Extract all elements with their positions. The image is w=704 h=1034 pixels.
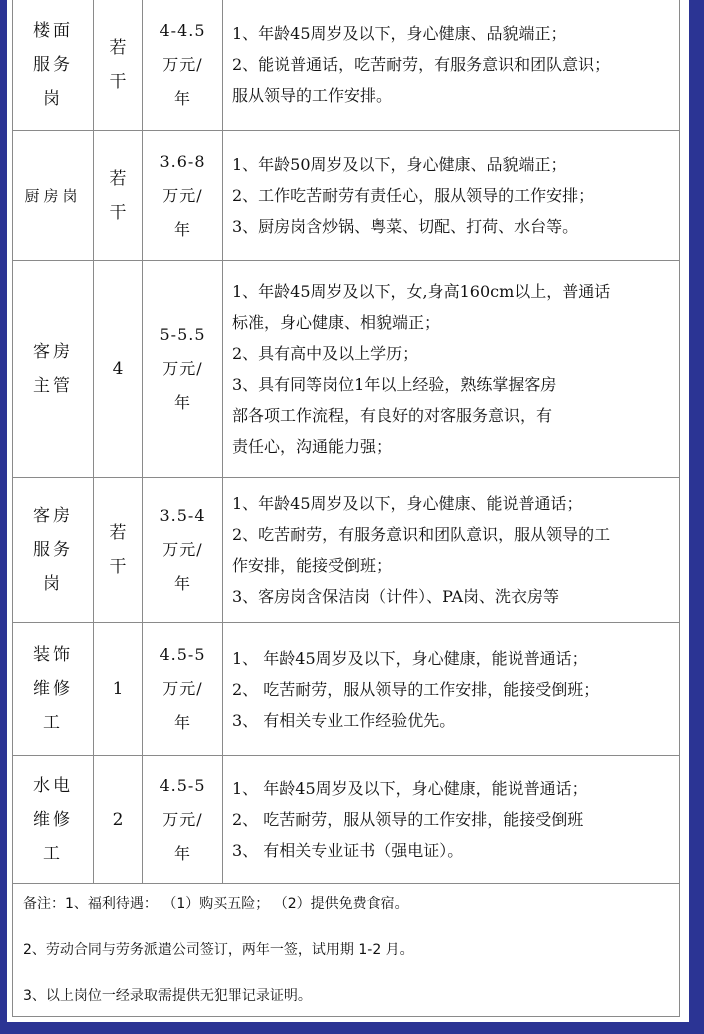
note-line: 2、劳动合同与劳务派遣公司签订，两年一签，试用期 1-2 月。 [23, 940, 679, 986]
requirement-line: 服从领导的工作安排。 [232, 80, 679, 111]
notes-row: 备注：1、福利待遇： （1）购买五险； （2）提供免费食宿。 2、劳动合同与劳务… [13, 884, 680, 1017]
position-text: 客房 [13, 335, 93, 369]
count-text: 若 [94, 516, 142, 550]
requirement-line: 1、年龄45周岁及以下，身心健康、能说普通话； [232, 488, 679, 519]
table-row: 装饰 维修 工 1 4.5-5 万元/ 年 [13, 623, 680, 756]
table-row: 楼面 服务 岗 若 干 4-4.5 万元/ 年 [13, 0, 680, 131]
salary-cell: 3.6-8 万元/ 年 [143, 131, 223, 261]
salary-text: 年 [143, 567, 222, 601]
count-cell: 4 [94, 261, 143, 478]
requirement-line: 1、年龄50周岁及以下，身心健康、品貌端正； [232, 149, 679, 180]
salary-text: 年 [143, 386, 222, 420]
salary-cell: 5-5.5 万元/ 年 [143, 261, 223, 478]
note-line: 3、以上岗位一经录取需提供无犯罪记录证明。 [23, 986, 679, 1016]
position-cell: 装饰 维修 工 [13, 623, 94, 756]
count-text: 若 [94, 31, 142, 65]
position-text: 工 [13, 706, 93, 740]
position-text: 维修 [13, 803, 93, 837]
requirement-line: 2、能说普通话，吃苦耐劳，有服务意识和团队意识； [232, 49, 679, 80]
position-text: 服务 [13, 48, 93, 82]
salary-cell: 4.5-5 万元/ 年 [143, 756, 223, 884]
position-text: 岗 [13, 82, 93, 116]
salary-text: 4-4.5 [143, 14, 222, 48]
requirement-line: 责任心，沟通能力强； [232, 431, 679, 462]
position-text: 装饰 [13, 638, 93, 672]
salary-text: 年 [143, 837, 222, 871]
salary-text: 万元/ [143, 803, 222, 837]
count-cell: 若 干 [94, 131, 143, 261]
table-row: 客房 主管 4 5-5.5 万元/ 年 1 [13, 261, 680, 478]
position-text: 主管 [13, 369, 93, 403]
requirement-line: 2、工作吃苦耐劳有责任心，服从领导的工作安排； [232, 180, 679, 211]
requirement-line: 3、厨房岗含炒锅、粤菜、切配、打荷、水台等。 [232, 211, 679, 242]
requirements-cell: 1、 年龄45周岁及以下，身心健康，能说普通话； 2、 吃苦耐劳，服从领导的工作… [223, 623, 680, 756]
note-line: 备注：1、福利待遇： （1）购买五险； （2）提供免费食宿。 [23, 894, 679, 940]
count-text: 干 [94, 550, 142, 584]
salary-cell: 3.5-4 万元/ 年 [143, 478, 223, 623]
position-cell: 客房 服务 岗 [13, 478, 94, 623]
salary-text: 4.5-5 [143, 769, 222, 803]
position-cell: 客房 主管 [13, 261, 94, 478]
salary-text: 万元/ [143, 179, 222, 213]
salary-text: 3.5-4 [143, 499, 222, 533]
position-text: 客房 [13, 499, 93, 533]
requirement-line: 3、 有相关专业工作经验优先。 [232, 705, 679, 736]
document-page: 楼面 服务 岗 若 干 4-4.5 万元/ 年 [7, 0, 689, 1022]
count-text: 若 [94, 162, 142, 196]
requirement-line: 1、 年龄45周岁及以下，身心健康，能说普通话； [232, 643, 679, 674]
table-row: 水电 维修 工 2 4.5-5 万元/ 年 [13, 756, 680, 884]
table-row: 客房 服务 岗 若 干 3.5-4 万元/ 年 [13, 478, 680, 623]
position-text: 维修 [13, 672, 93, 706]
position-text: 服务 [13, 533, 93, 567]
count-text: 1 [94, 672, 142, 706]
requirement-line: 1、 年龄45周岁及以下，身心健康，能说普通话； [232, 773, 679, 804]
salary-text: 万元/ [143, 352, 222, 386]
salary-cell: 4.5-5 万元/ 年 [143, 623, 223, 756]
count-cell: 1 [94, 623, 143, 756]
requirement-line: 3、客房岗含保洁岗（计件）、PA岗、洗衣房等 [232, 581, 679, 612]
salary-text: 万元/ [143, 533, 222, 567]
salary-cell: 4-4.5 万元/ 年 [143, 0, 223, 131]
salary-text: 3.6-8 [143, 145, 222, 179]
requirement-line: 1、年龄45周岁及以下，身心健康、品貌端正； [232, 18, 679, 49]
count-text: 4 [94, 352, 142, 386]
position-cell: 楼面 服务 岗 [13, 0, 94, 131]
notes-cell: 备注：1、福利待遇： （1）购买五险； （2）提供免费食宿。 2、劳动合同与劳务… [13, 884, 680, 1017]
requirements-cell: 1、年龄45周岁及以下，女,身高160cm以上，普通话 标准，身心健康、相貌端正… [223, 261, 680, 478]
position-text: 岗 [13, 567, 93, 601]
job-table: 楼面 服务 岗 若 干 4-4.5 万元/ 年 [12, 0, 680, 1017]
position-text: 楼面 [13, 14, 93, 48]
salary-text: 4.5-5 [143, 638, 222, 672]
count-text: 2 [94, 803, 142, 837]
requirement-line: 3、具有同等岗位1年以上经验，熟练掌握客房 [232, 369, 679, 400]
salary-text: 万元/ [143, 48, 222, 82]
requirement-line: 3、 有相关专业证书（强电证）。 [232, 835, 679, 866]
salary-text: 年 [143, 82, 222, 116]
requirement-line: 2、具有高中及以上学历； [232, 338, 679, 369]
salary-text: 年 [143, 706, 222, 740]
requirement-line: 2、 吃苦耐劳，服从领导的工作安排，能接受倒班； [232, 674, 679, 705]
requirements-cell: 1、年龄45周岁及以下，身心健康、品貌端正； 2、能说普通话，吃苦耐劳，有服务意… [223, 0, 680, 131]
position-text: 工 [13, 837, 93, 871]
salary-text: 年 [143, 213, 222, 247]
requirements-cell: 1、年龄50周岁及以下，身心健康、品貌端正； 2、工作吃苦耐劳有责任心，服从领导… [223, 131, 680, 261]
requirement-line: 2、吃苦耐劳，有服务意识和团队意识，服从领导的工 [232, 519, 679, 550]
requirements-cell: 1、年龄45周岁及以下，身心健康、能说普通话； 2、吃苦耐劳，有服务意识和团队意… [223, 478, 680, 623]
position-cell: 厨房岗 [13, 131, 94, 261]
salary-text: 万元/ [143, 672, 222, 706]
count-cell: 2 [94, 756, 143, 884]
table-row: 厨房岗 若 干 3.6-8 万元/ 年 1 [13, 131, 680, 261]
requirement-line: 1、年龄45周岁及以下，女,身高160cm以上，普通话 [232, 276, 679, 307]
position-cell: 水电 维修 工 [13, 756, 94, 884]
salary-text: 5-5.5 [143, 318, 222, 352]
requirement-line: 部各项工作流程，有良好的对客服务意识，有 [232, 400, 679, 431]
count-cell: 若 干 [94, 0, 143, 131]
count-text: 干 [94, 196, 142, 230]
requirement-line: 标准，身心健康、相貌端正； [232, 307, 679, 338]
position-text: 水电 [13, 769, 93, 803]
position-text: 厨房岗 [13, 179, 93, 213]
requirements-cell: 1、 年龄45周岁及以下，身心健康，能说普通话； 2、 吃苦耐劳，服从领导的工作… [223, 756, 680, 884]
count-cell: 若 干 [94, 478, 143, 623]
requirement-line: 2、 吃苦耐劳，服从领导的工作安排，能接受倒班 [232, 804, 679, 835]
requirement-line: 作安排，能接受倒班； [232, 550, 679, 581]
count-text: 干 [94, 65, 142, 99]
